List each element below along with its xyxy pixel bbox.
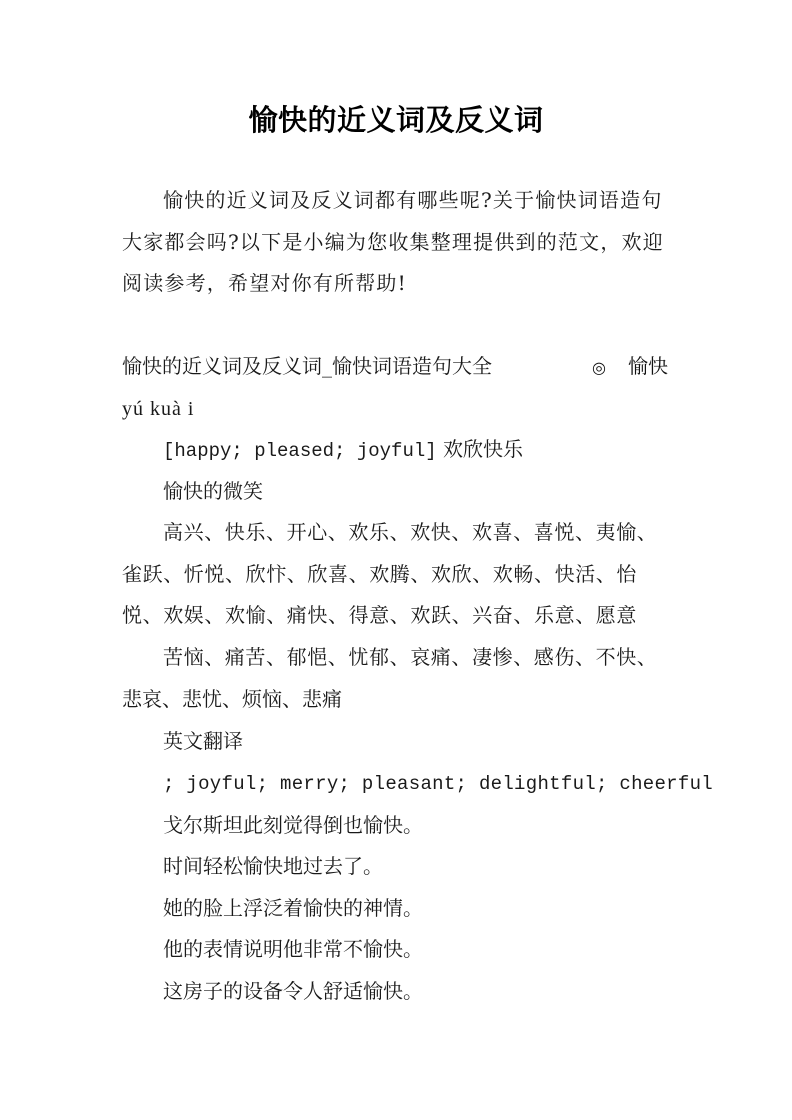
example-sentence-1: 戈尔斯坦此刻觉得倒也愉快。 <box>163 813 423 837</box>
chinese-gloss: 欢欣快乐 <box>443 437 523 461</box>
antonyms-line-2: 悲哀、悲忧、烦恼、悲痛 <box>122 687 342 711</box>
document-page: 愉快的近义词及反义词 愉快的近义词及反义词都有哪些呢?关于愉快词语造句 大家都会… <box>0 0 792 1120</box>
pinyin: yú kuà i <box>122 397 194 421</box>
example-phrase: 愉快的微笑 <box>163 479 263 503</box>
example-sentence-5: 这房子的设备令人舒适愉快。 <box>163 979 423 1003</box>
intro-line-2: 大家都会吗?以下是小编为您收集整理提供到的范文，欢迎 <box>122 230 664 254</box>
synonyms-line-3: 悦、欢娱、欢愉、痛快、得意、欢跃、兴奋、乐意、愿意 <box>122 603 637 627</box>
intro-line-3: 阅读参考，希望对你有所帮助! <box>122 271 407 295</box>
headword: 愉快 <box>628 354 668 378</box>
synonyms-line-2: 雀跃、忻悦、欣忭、欣喜、欢腾、欢欣、欢畅、快活、怡 <box>122 562 637 586</box>
definition-line: [happy; pleased; joyful] 欢欣快乐 <box>163 437 523 463</box>
double-circle-icon: ◎ <box>592 358 606 377</box>
english-gloss: [happy; pleased; joyful] <box>163 440 437 462</box>
synonyms-line-1: 高兴、快乐、开心、欢乐、欢快、欢喜、喜悦、夷愉、 <box>163 520 657 544</box>
section-subtitle: 愉快的近义词及反义词_愉快词语造句大全 <box>122 354 492 378</box>
document-title: 愉快的近义词及反义词 <box>0 98 792 139</box>
headword-entry: ◎愉快 <box>592 354 668 380</box>
translation-heading: 英文翻译 <box>163 729 243 753</box>
antonyms-line-1: 苦恼、痛苦、郁悒、忧郁、哀痛、凄惨、感伤、不快、 <box>163 645 657 669</box>
intro-line-1: 愉快的近义词及反义词都有哪些呢?关于愉快词语造句 <box>163 188 663 212</box>
example-sentence-4: 他的表情说明他非常不愉快。 <box>163 937 423 961</box>
example-sentence-2: 时间轻松愉快地过去了。 <box>163 854 383 878</box>
example-sentence-3: 她的脸上浮泛着愉快的神情。 <box>163 896 423 920</box>
translation-text: ; joyful; merry; pleasant; delightful; c… <box>163 772 713 796</box>
